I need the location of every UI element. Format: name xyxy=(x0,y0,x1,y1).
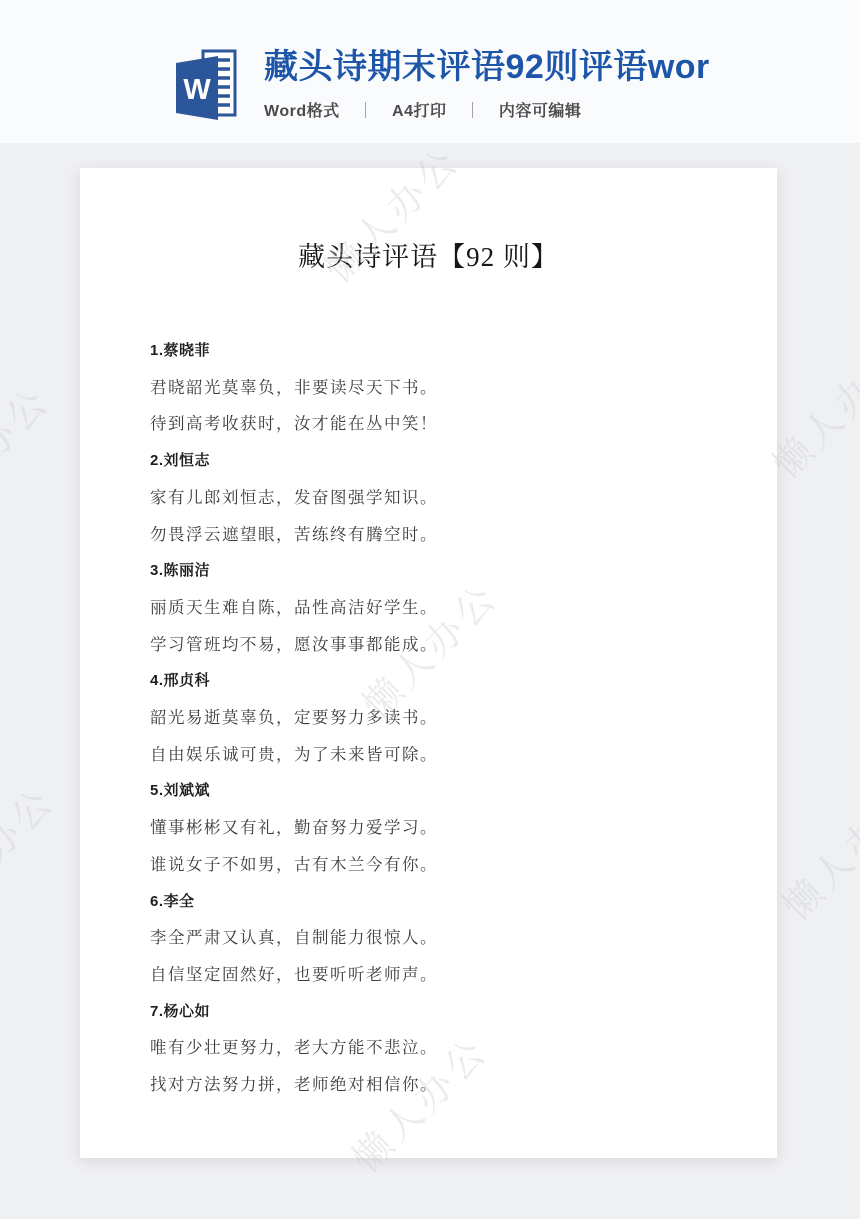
page-title: 藏头诗期末评语92则评语wor xyxy=(264,48,710,87)
poem-line: 李全严肃又认真，自制能力很惊人。 xyxy=(150,920,711,957)
poem-line: 勿畏浮云遮望眼，苦练终有腾空时。 xyxy=(150,517,711,554)
entry-name: 7.杨心如 xyxy=(150,994,711,1031)
format-meta: Word格式 ｜ A4打印 ｜ 内容可编辑 xyxy=(264,98,710,121)
document-page: 藏头诗评语【92 则】 1.蔡晓菲 君晓韶光莫辜负，非要读尽天下书。 待到高考收… xyxy=(80,168,777,1158)
entry: 5.刘斌斌 懂事彬彬又有礼，勤奋努力爱学习。 谁说女子不如男，古有木兰今有你。 xyxy=(150,773,711,883)
poem-line: 家有儿郎刘恒志，发奋图强学知识。 xyxy=(150,480,711,517)
poem-line: 谁说女子不如男，古有木兰今有你。 xyxy=(150,847,711,884)
document-title: 藏头诗评语【92 则】 xyxy=(80,238,777,276)
entry: 2.刘恒志 家有儿郎刘恒志，发奋图强学知识。 勿畏浮云遮望眼，苦练终有腾空时。 xyxy=(150,443,711,553)
poem-line: 找对方法努力拼，老师绝对相信你。 xyxy=(150,1067,711,1104)
poem-line: 学习管班均不易，愿汝事事都能成。 xyxy=(150,627,711,664)
poem-line: 自信坚定固然好，也要听听老师声。 xyxy=(150,957,711,994)
meta-format: Word格式 xyxy=(264,103,340,120)
entry-name: 4.邢贞科 xyxy=(150,663,711,700)
entry: 7.杨心如 唯有少壮更努力，老大方能不悲泣。 找对方法努力拼，老师绝对相信你。 xyxy=(150,994,711,1104)
entry: 6.李全 李全严肃又认真，自制能力很惊人。 自信坚定固然好，也要听听老师声。 xyxy=(150,884,711,994)
meta-separator: ｜ xyxy=(464,103,481,120)
meta-editable: 内容可编辑 xyxy=(499,103,582,120)
header: W 藏头诗期末评语92则评语wor Word格式 ｜ A4打印 ｜ 内容可编辑 xyxy=(172,46,710,128)
entry: 4.邢贞科 韶光易逝莫辜负，定要努力多读书。 自由娱乐诚可贵，为了未来皆可除。 xyxy=(150,663,711,773)
poem-line: 韶光易逝莫辜负，定要努力多读书。 xyxy=(150,700,711,737)
meta-separator: ｜ xyxy=(358,103,375,120)
entries-list: 1.蔡晓菲 君晓韶光莫辜负，非要读尽天下书。 待到高考收获时，汝才能在丛中笑！ … xyxy=(150,333,711,1104)
entry-name: 5.刘斌斌 xyxy=(150,773,711,810)
entry: 3.陈丽洁 丽质天生难自陈，品性高洁好学生。 学习管班均不易，愿汝事事都能成。 xyxy=(150,553,711,663)
poem-line: 自由娱乐诚可贵，为了未来皆可除。 xyxy=(150,737,711,774)
poem-line: 君晓韶光莫辜负，非要读尽天下书。 xyxy=(150,370,711,407)
entry-name: 2.刘恒志 xyxy=(150,443,711,480)
poem-line: 唯有少壮更努力，老大方能不悲泣。 xyxy=(150,1030,711,1067)
word-icon: W xyxy=(172,46,238,128)
entry-name: 1.蔡晓菲 xyxy=(150,333,711,370)
entry-name: 3.陈丽洁 xyxy=(150,553,711,590)
entry: 1.蔡晓菲 君晓韶光莫辜负，非要读尽天下书。 待到高考收获时，汝才能在丛中笑！ xyxy=(150,333,711,443)
poem-line: 丽质天生难自陈，品性高洁好学生。 xyxy=(150,590,711,627)
poem-line: 待到高考收获时，汝才能在丛中笑！ xyxy=(150,406,711,443)
word-icon-letter: W xyxy=(183,74,211,106)
entry-name: 6.李全 xyxy=(150,884,711,921)
meta-print: A4打印 xyxy=(392,103,446,120)
poem-line: 懂事彬彬又有礼，勤奋努力爱学习。 xyxy=(150,810,711,847)
